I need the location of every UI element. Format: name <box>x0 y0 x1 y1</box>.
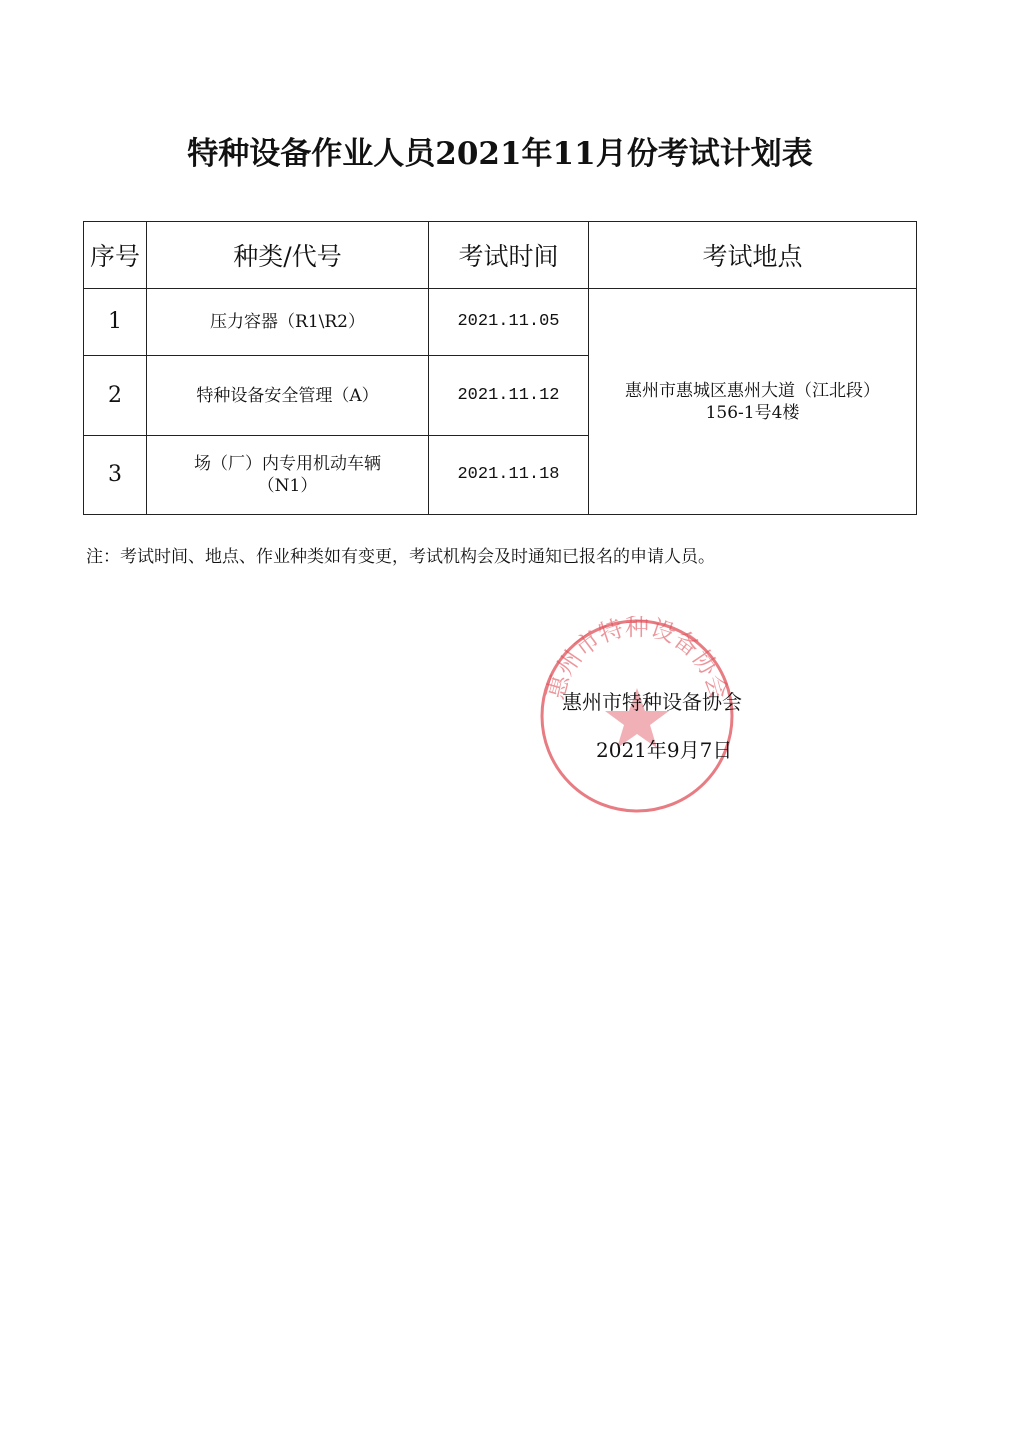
row-index: 1 <box>84 289 147 356</box>
category-text: 特种设备安全管理（A） <box>196 386 378 406</box>
row-date: 2021.11.18 <box>429 435 589 514</box>
header-category: 种类/代号 <box>147 222 429 289</box>
document-title: 特种设备作业人员2021年11月份考试计划表 <box>0 128 1000 173</box>
row-index: 3 <box>84 435 147 514</box>
table-header-row: 序号 种类/代号 考试时间 考试地点 <box>84 222 917 289</box>
row-index: 2 <box>84 356 147 435</box>
header-exam-location: 考试地点 <box>589 222 917 289</box>
signature-organization: 惠州市特种设备协会 <box>562 686 742 715</box>
signature-date: 2021年9月7日 <box>596 734 732 763</box>
header-index: 序号 <box>84 222 147 289</box>
exam-location: 惠州市惠城区惠州大道（江北段） 156-1号4楼 <box>589 289 917 515</box>
row-date: 2021.11.12 <box>429 356 589 435</box>
table-row: 1 压力容器（R1\R2） 2021.11.05 惠州市惠城区惠州大道（江北段）… <box>84 289 917 356</box>
exam-plan-table: 序号 种类/代号 考试时间 考试地点 1 压力容器（R1\R2） 2021.11… <box>83 221 917 515</box>
row-date: 2021.11.05 <box>429 289 589 356</box>
footnote: 注：考试时间、地点、作业种类如有变更，考试机构会及时通知已报名的申请人员。 <box>86 542 715 567</box>
category-text: 压力容器（R1\R2） <box>210 312 365 332</box>
location-line-1: 惠州市惠城区惠州大道（江北段） <box>593 380 912 402</box>
header-exam-time: 考试时间 <box>429 222 589 289</box>
official-seal-icon: 惠州市特种设备协会 <box>537 616 737 816</box>
category-text-line-2: （N1） <box>151 475 424 497</box>
category-text-line-1: 场（厂）内专用机动车辆 <box>151 453 424 475</box>
location-line-2: 156-1号4楼 <box>593 402 912 424</box>
row-category: 场（厂）内专用机动车辆 （N1） <box>147 435 429 514</box>
row-category: 特种设备安全管理（A） <box>147 356 429 435</box>
row-category: 压力容器（R1\R2） <box>147 289 429 356</box>
